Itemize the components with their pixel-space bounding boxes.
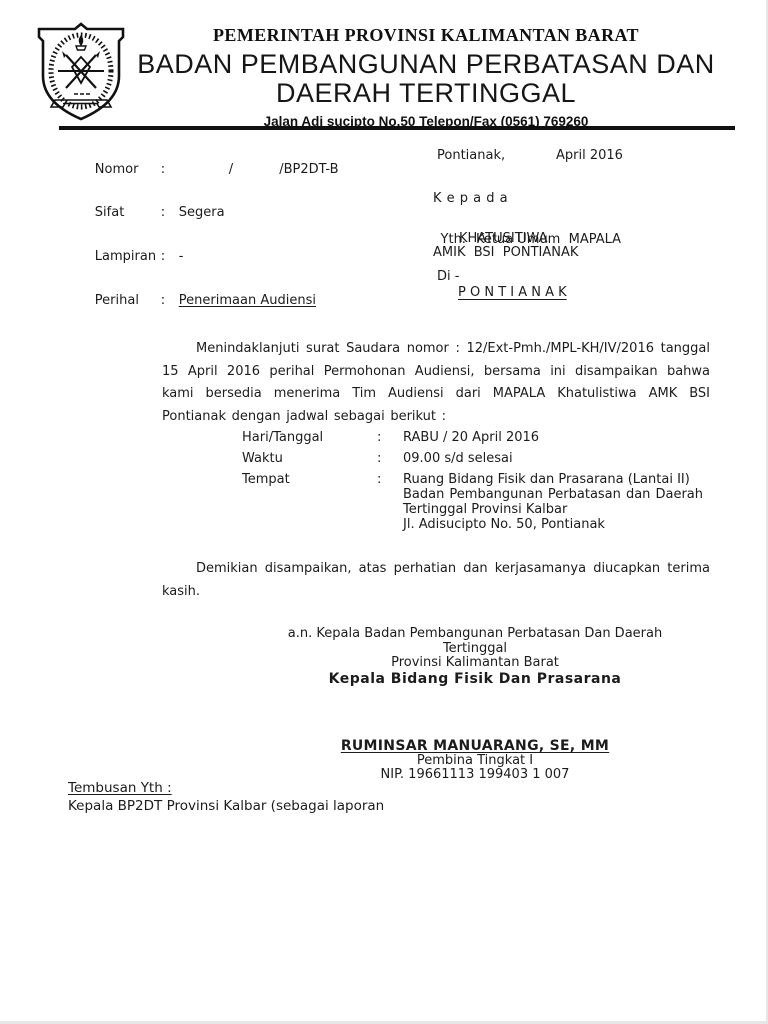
meta-row-nomor: Nomor://BP2DT-B (70, 148, 430, 192)
signature-intro-line2: Tertinggal (240, 642, 710, 657)
dateline-city: Pontianak, (437, 148, 505, 163)
crest-svg (33, 22, 129, 122)
schedule-block: Hari/Tanggal:RABU / 20 April 2016 Waktu:… (242, 430, 712, 538)
letter-meta-block: Nomor://BP2DT-B Sifat:Segera Lampiran:- … (70, 148, 430, 323)
sifat-colon: : (161, 206, 179, 221)
signatory-name: RUMINSAR MANUARANG, SE, MM (240, 739, 710, 754)
signatory-rank: Pembina Tingkat I (240, 754, 710, 769)
waktu-label: Waktu (242, 451, 377, 466)
provincial-crest-icon (33, 22, 129, 122)
dateline-date: April 2016 (556, 148, 623, 163)
schedule-row-waktu: Waktu:09.00 s/d selesai (242, 451, 712, 466)
meta-row-lampiran: Lampiran:- (70, 236, 430, 280)
signature-position: Kepala Bidang Fisik Dan Prasarana (240, 672, 710, 687)
lampiran-label: Lampiran (95, 250, 161, 265)
tempat-colon: : (377, 472, 403, 487)
lampiran-colon: : (161, 250, 179, 265)
meta-row-perihal: Perihal:Penerimaan Audiensi (70, 279, 430, 323)
meta-row-sifat: Sifat:Segera (70, 192, 430, 236)
nomor-label: Nomor (95, 163, 161, 178)
tempat-label: Tempat (242, 472, 377, 487)
sifat-value: Segera (179, 205, 225, 220)
perihal-colon: : (161, 294, 179, 309)
signature-intro-block: a.n. Kepala Badan Pembangunan Perbatasan… (240, 627, 710, 686)
letterhead: PEMERINTAH PROVINSI KALIMANTAN BARAT BAD… (120, 25, 732, 129)
recipient-di: Di - (437, 269, 459, 284)
signature-intro-line1: a.n. Kepala Badan Pembangunan Perbatasan… (240, 627, 710, 642)
letterhead-divider (59, 126, 735, 130)
nomor-colon: : (161, 163, 179, 178)
government-title: PEMERINTAH PROVINSI KALIMANTAN BARAT (120, 25, 732, 46)
tembusan-item: Kepala BP2DT Provinsi Kalbar (sebagai la… (68, 798, 384, 816)
official-letter-page: PEMERINTAH PROVINSI KALIMANTAN BARAT BAD… (0, 0, 768, 1024)
signature-intro-line3: Provinsi Kalimantan Barat (240, 656, 710, 671)
agency-name-line2: DAERAH TERTINGGAL (120, 79, 732, 108)
tembusan-block: Tembusan Yth : Kepala BP2DT Provinsi Kal… (68, 780, 384, 815)
body-paragraph-2: Demikian disampaikan, atas perhatian dan… (162, 557, 710, 603)
recipient-org-line3: AMIK BSI PONTIANAK (433, 245, 578, 260)
recipient-org-line2: KHATUSITIWA (459, 231, 548, 246)
nomor-code: /BP2DT-B (279, 162, 338, 177)
nomor-slash: / (229, 162, 233, 177)
perihal-label: Perihal (95, 294, 161, 309)
recipient-city: P O N T I A N A K (458, 285, 567, 300)
waktu-colon: : (377, 451, 403, 466)
tembusan-label: Tembusan Yth : (68, 780, 384, 798)
hari-value: RABU / 20 April 2016 (403, 430, 703, 445)
tempat-value: Ruang Bidang Fisik dan Prasarana (Lantai… (403, 472, 703, 532)
body-paragraph-1: Menindaklanjuti surat Saudara nomor : 12… (162, 338, 710, 428)
waktu-value: 09.00 s/d selesai (403, 451, 703, 466)
signature-name-block: RUMINSAR MANUARANG, SE, MM Pembina Tingk… (240, 739, 710, 783)
perihal-value: Penerimaan Audiensi (179, 293, 316, 308)
lampiran-value: - (179, 249, 184, 264)
sifat-label: Sifat (95, 206, 161, 221)
kepada-heading: K e p a d a (433, 191, 508, 206)
hari-label: Hari/Tanggal (242, 430, 377, 445)
hari-colon: : (377, 430, 403, 445)
schedule-row-tempat: Tempat:Ruang Bidang Fisik dan Prasarana … (242, 472, 712, 532)
agency-name-line1: BADAN PEMBANGUNAN PERBATASAN DAN (120, 50, 732, 79)
schedule-row-hari: Hari/Tanggal:RABU / 20 April 2016 (242, 430, 712, 445)
